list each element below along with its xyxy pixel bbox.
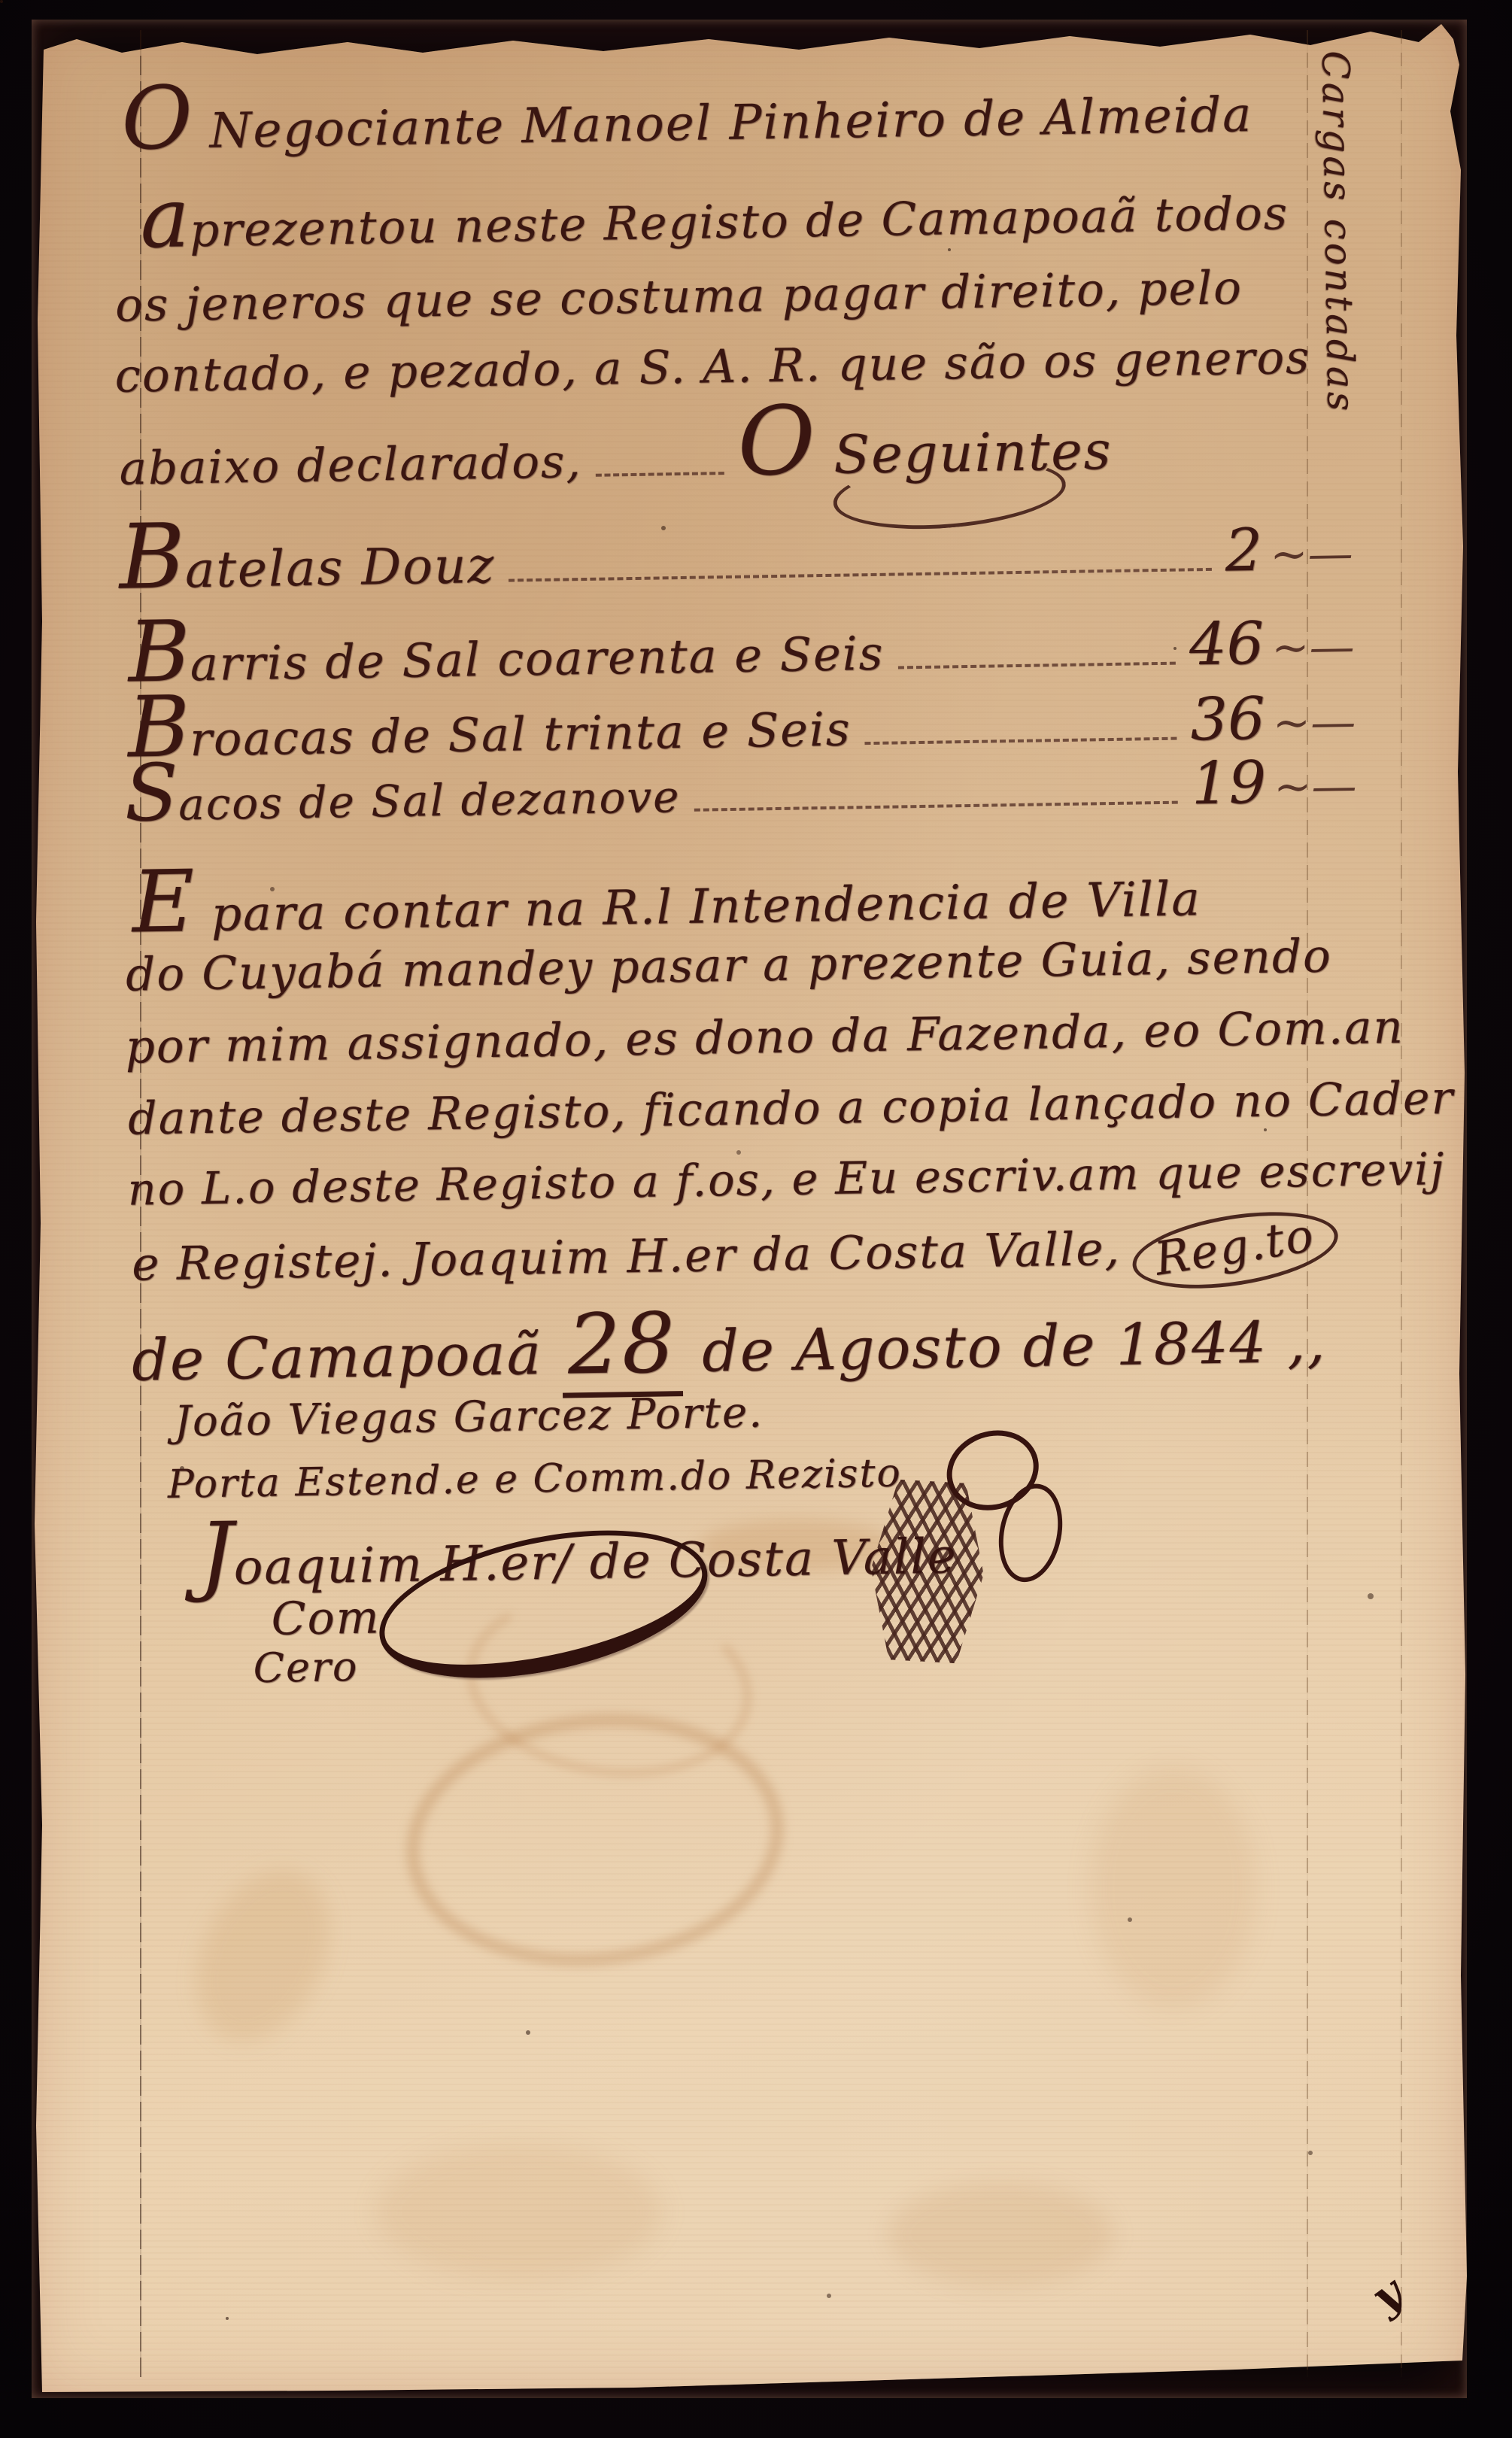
trailing-dash: ~— xyxy=(1272,696,1356,750)
signature-joao-viegas: João Viegas Garcez Porte. xyxy=(174,1388,764,1446)
item-value: 36 xyxy=(1190,685,1266,754)
date-day-underlined: 28 xyxy=(561,1295,683,1398)
body-line-3: por mim assignado, es dono da Fazenda, e… xyxy=(125,1000,1404,1074)
dash-leader xyxy=(596,471,724,477)
opening-line-5: abaixo declarados, xyxy=(119,435,582,496)
seguintes-label: O Seguintes xyxy=(737,403,1113,487)
trailing-dash: ~— xyxy=(1270,527,1353,581)
signature-title-line: Porta Estend.e e Comm.do Rezisto xyxy=(167,1451,902,1507)
item-value: 2 xyxy=(1225,517,1263,585)
dash-leader xyxy=(694,800,1179,812)
dash-leader xyxy=(865,736,1177,745)
trailing-dash: ~— xyxy=(1274,760,1357,814)
signature-com: Com xyxy=(271,1591,381,1645)
item-label: Barris de Sal coarenta e Seis xyxy=(128,612,885,693)
item-value: 19 xyxy=(1191,749,1267,818)
date-prefix: de Camapoaã xyxy=(132,1320,543,1394)
signature-cero: Cero xyxy=(253,1643,359,1692)
body-line-4: dante deste Registo, ficando a copia lan… xyxy=(128,1072,1455,1146)
date-suffix: de Agosto de 1844 ,, xyxy=(701,1308,1327,1385)
opening-line-1: O Negociante Manoel Pinheiro de Almeida xyxy=(121,71,1253,161)
marginal-note: Cargas contadas xyxy=(1313,50,1363,414)
item-label: Batelas Douz xyxy=(119,521,496,600)
opening-line-3: os jeneros que se costuma pagar direito,… xyxy=(115,261,1243,332)
handwritten-content: Cargas contadas O Negociante Manoel Pinh… xyxy=(0,0,1512,2438)
dash-leader xyxy=(509,567,1212,582)
opening-line-4: contado, e pezado, a S. A. R. que são os… xyxy=(114,331,1311,403)
manuscript-photo: { "colors": { "ink": "#3a1611", "paper":… xyxy=(0,0,1512,2438)
manifest-row: Batelas Douz 2 ~— xyxy=(119,508,1353,603)
body-line-6-text: e Registej. Joaquim H.er da Costa Valle, xyxy=(132,1222,1122,1292)
item-value: 46 xyxy=(1189,610,1265,679)
bottom-ink-mark: y xyxy=(1362,2266,1412,2323)
opening-line-5-row: abaixo declarados, O Seguintes xyxy=(119,403,1113,497)
item-label: Broacas de Sal trinta e Seis xyxy=(127,687,852,767)
body-line-5: no L.o deste Registo a f.os, e Eu escriv… xyxy=(127,1143,1446,1216)
body-line-1: E para contar na R.l Intendencia de Vill… xyxy=(132,856,1201,943)
dash-leader xyxy=(898,661,1177,669)
trailing-dash: ~— xyxy=(1271,621,1355,675)
opening-line-2: aprezentou neste Registo de Camapoaã tod… xyxy=(140,172,1289,258)
item-label: Sacos de Sal dezanove xyxy=(124,758,681,831)
body-line-2: do Cuyabá mandey pasar a prezente Guia, … xyxy=(126,929,1333,1001)
date-line: de Camapoaã 28 de Agosto de 1844 ,, xyxy=(131,1285,1327,1400)
